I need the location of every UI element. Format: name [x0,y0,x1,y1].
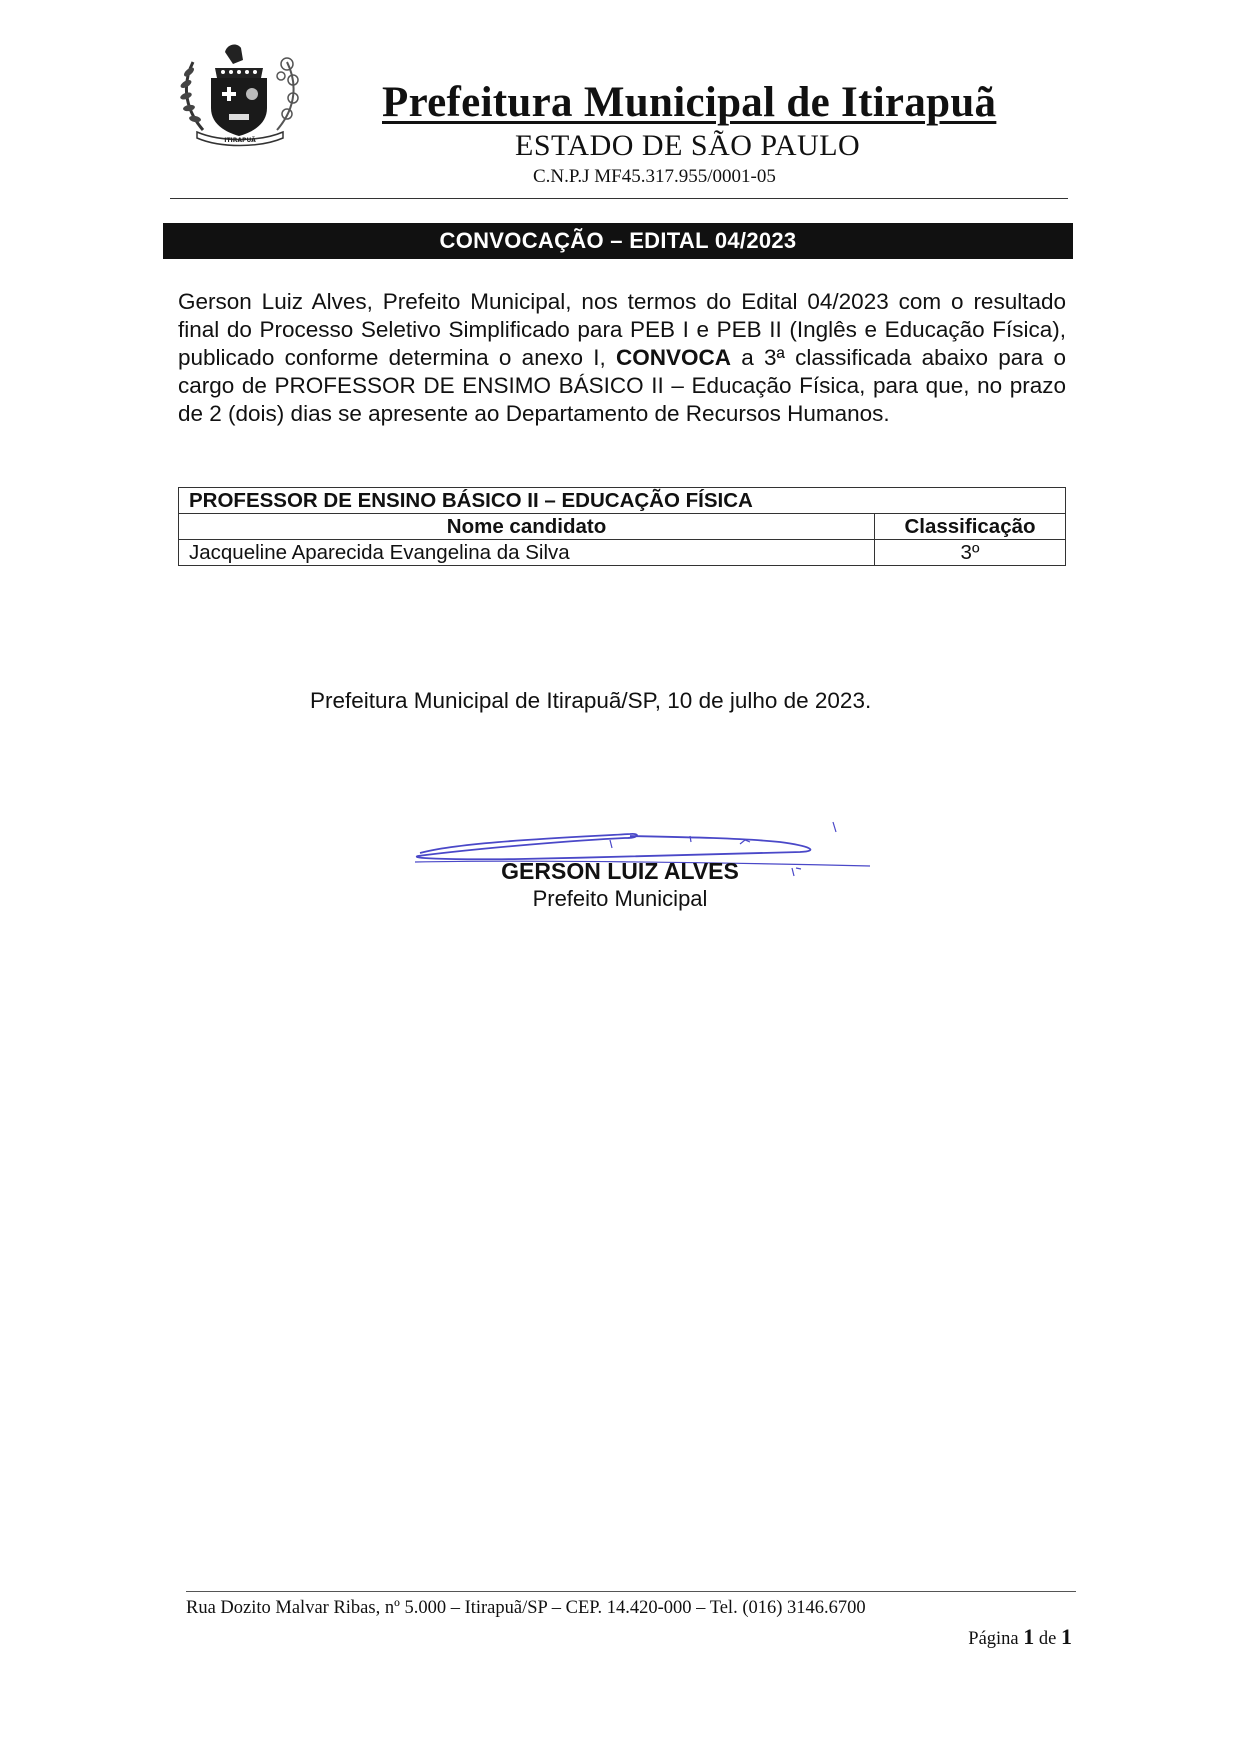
signer-name: GERSON LUIZ ALVES [0,858,1240,885]
banner-title: CONVOCAÇÃO – EDITAL 04/2023 [440,228,797,254]
page-label: Página [968,1629,1018,1649]
cnpj-line: C.N.P.J MF45.317.955/0001-05 [533,166,776,188]
page-current: 1 [1023,1624,1034,1649]
coat-of-arms-icon: ITIRAPUÃ [175,42,305,147]
column-header-rank: Classificação [875,514,1066,540]
header-divider [170,198,1068,199]
table-title-row: PROFESSOR DE ENSINO BÁSICO II – EDUCAÇÃO… [179,488,1066,514]
candidate-rank: 3º [875,540,1066,566]
column-header-name: Nome candidato [179,514,875,540]
page-of: de [1039,1629,1056,1649]
table-header-row: Nome candidato Classificação [179,514,1066,540]
candidate-name: Jacqueline Aparecida Evangelina da Silva [179,540,875,566]
page-total: 1 [1061,1624,1072,1649]
svg-text:ITIRAPUÃ: ITIRAPUÃ [224,137,256,144]
date-line: Prefeitura Municipal de Itirapuã/SP, 10 … [310,688,871,714]
table-row: Jacqueline Aparecida Evangelina da Silva… [179,540,1066,566]
candidate-table: PROFESSOR DE ENSINO BÁSICO II – EDUCAÇÃO… [178,487,1066,566]
body-text-emphasis: CONVOCA [616,345,731,370]
page-number: Página 1 de 1 [968,1624,1072,1650]
footer-divider [186,1591,1076,1592]
signer-role: Prefeito Municipal [0,886,1240,912]
table-title: PROFESSOR DE ENSINO BÁSICO II – EDUCAÇÃO… [179,488,1066,514]
footer-address: Rua Dozito Malvar Ribas, nº 5.000 – Itir… [186,1598,866,1619]
page-title: Prefeitura Municipal de Itirapuã [382,78,996,127]
body-paragraph: Gerson Luiz Alves, Prefeito Municipal, n… [178,288,1066,428]
state-subtitle: ESTADO DE SÃO PAULO [515,129,860,163]
document-banner: CONVOCAÇÃO – EDITAL 04/2023 [163,223,1073,259]
